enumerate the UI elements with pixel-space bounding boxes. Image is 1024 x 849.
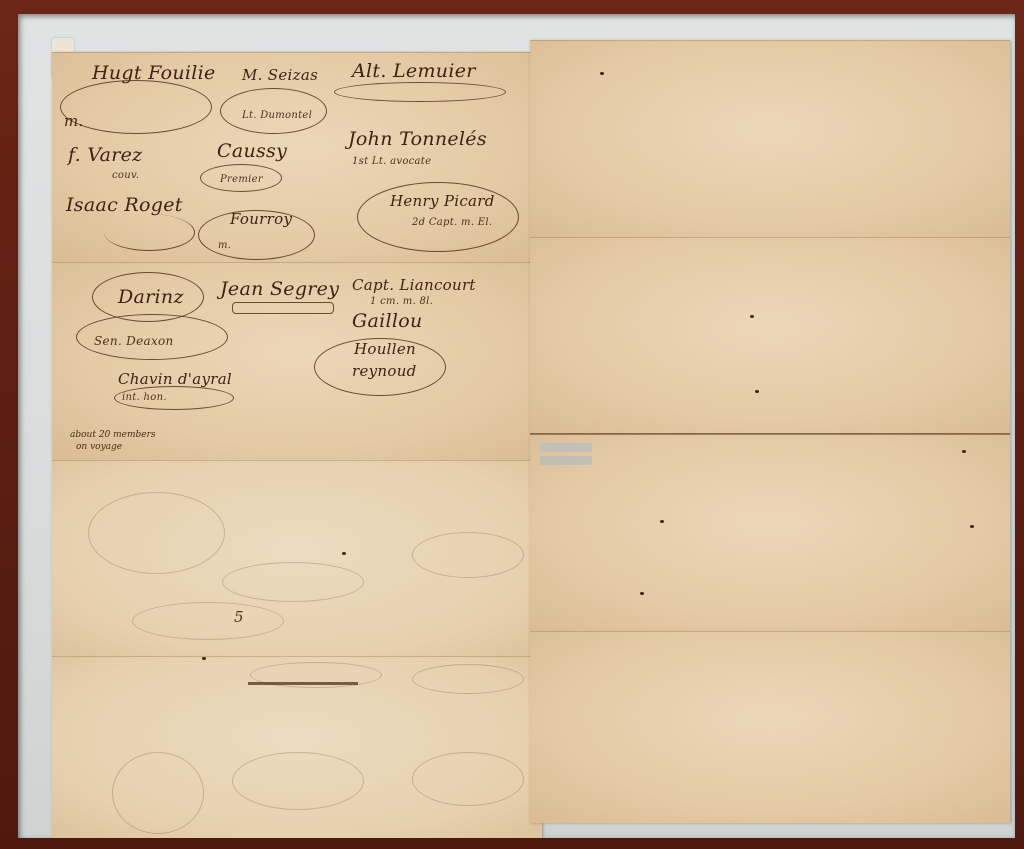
note-line-1: about 20 members bbox=[70, 430, 156, 441]
panel-4 bbox=[530, 631, 1010, 823]
bleed-through-mark bbox=[112, 752, 204, 834]
note-line-2: on voyage bbox=[76, 442, 122, 453]
ink-blot bbox=[600, 72, 604, 75]
ink-blot bbox=[962, 450, 966, 453]
signature: Darinz bbox=[118, 286, 184, 308]
signature-sub: Premier bbox=[220, 174, 263, 185]
bleed-through-mark bbox=[412, 752, 524, 806]
bleed-through-mark bbox=[412, 532, 524, 578]
signed-sheet: Hugt Fouilie m. M. Seizas Lt. Dumontel A… bbox=[52, 52, 542, 837]
faded-mark: 5 bbox=[234, 608, 244, 626]
signature: Caussy bbox=[217, 140, 287, 162]
signature: f. Varez bbox=[68, 144, 142, 166]
ink-blot bbox=[342, 552, 346, 555]
signature: Hugt Fouilie bbox=[92, 62, 216, 84]
signature-sub: couv. bbox=[112, 170, 139, 181]
ink-blot bbox=[750, 315, 754, 318]
signature: Isaac Roget bbox=[66, 194, 183, 216]
panel-1 bbox=[530, 40, 1010, 238]
flourish bbox=[334, 82, 506, 102]
signature-sub: 2d Capt. m. El. bbox=[412, 217, 492, 228]
signature: Henry Picard bbox=[390, 192, 495, 210]
bleed-through-mark bbox=[88, 492, 225, 574]
bleed-through-mark bbox=[132, 602, 284, 640]
signature-sub: int. hon. bbox=[122, 392, 167, 403]
panel-3 bbox=[530, 433, 1010, 632]
blank-sheet bbox=[530, 40, 1010, 822]
ink-blot bbox=[970, 525, 974, 528]
signature-sub: m. bbox=[64, 112, 84, 130]
signature: Capt. Liancourt bbox=[352, 276, 476, 294]
flourish bbox=[104, 214, 195, 251]
signature: Fourroy bbox=[230, 210, 292, 228]
signature: Sen. Deaxon bbox=[94, 334, 174, 348]
fold-line bbox=[530, 433, 1010, 435]
bleed-through-mark bbox=[412, 664, 524, 694]
signature: M. Seizas bbox=[242, 66, 318, 84]
panel-2 bbox=[530, 237, 1010, 434]
signature-sub: 1 cm. m. 8l. bbox=[370, 296, 433, 307]
signature: John Tonnelés bbox=[348, 128, 487, 150]
hinge-tape bbox=[540, 443, 592, 465]
signature-sub: Lt. Dumontel bbox=[242, 110, 312, 121]
flourish bbox=[232, 302, 334, 314]
ink-blot bbox=[755, 390, 759, 393]
signature: Houllen bbox=[354, 340, 416, 358]
ink-stroke bbox=[248, 682, 358, 685]
signature-sub: reynoud bbox=[352, 362, 417, 380]
bleed-through-mark bbox=[232, 752, 364, 810]
signature-sub: m. bbox=[218, 240, 231, 251]
signature-sub: 1st Lt. avocate bbox=[352, 156, 431, 167]
signature: Gaillou bbox=[352, 310, 423, 332]
ink-blot bbox=[660, 520, 664, 523]
ink-blot bbox=[202, 657, 206, 660]
bleed-through-mark bbox=[222, 562, 364, 602]
signature: Jean Segrey bbox=[220, 278, 339, 300]
ink-blot bbox=[640, 592, 644, 595]
signature: Alt. Lemuier bbox=[352, 60, 476, 82]
